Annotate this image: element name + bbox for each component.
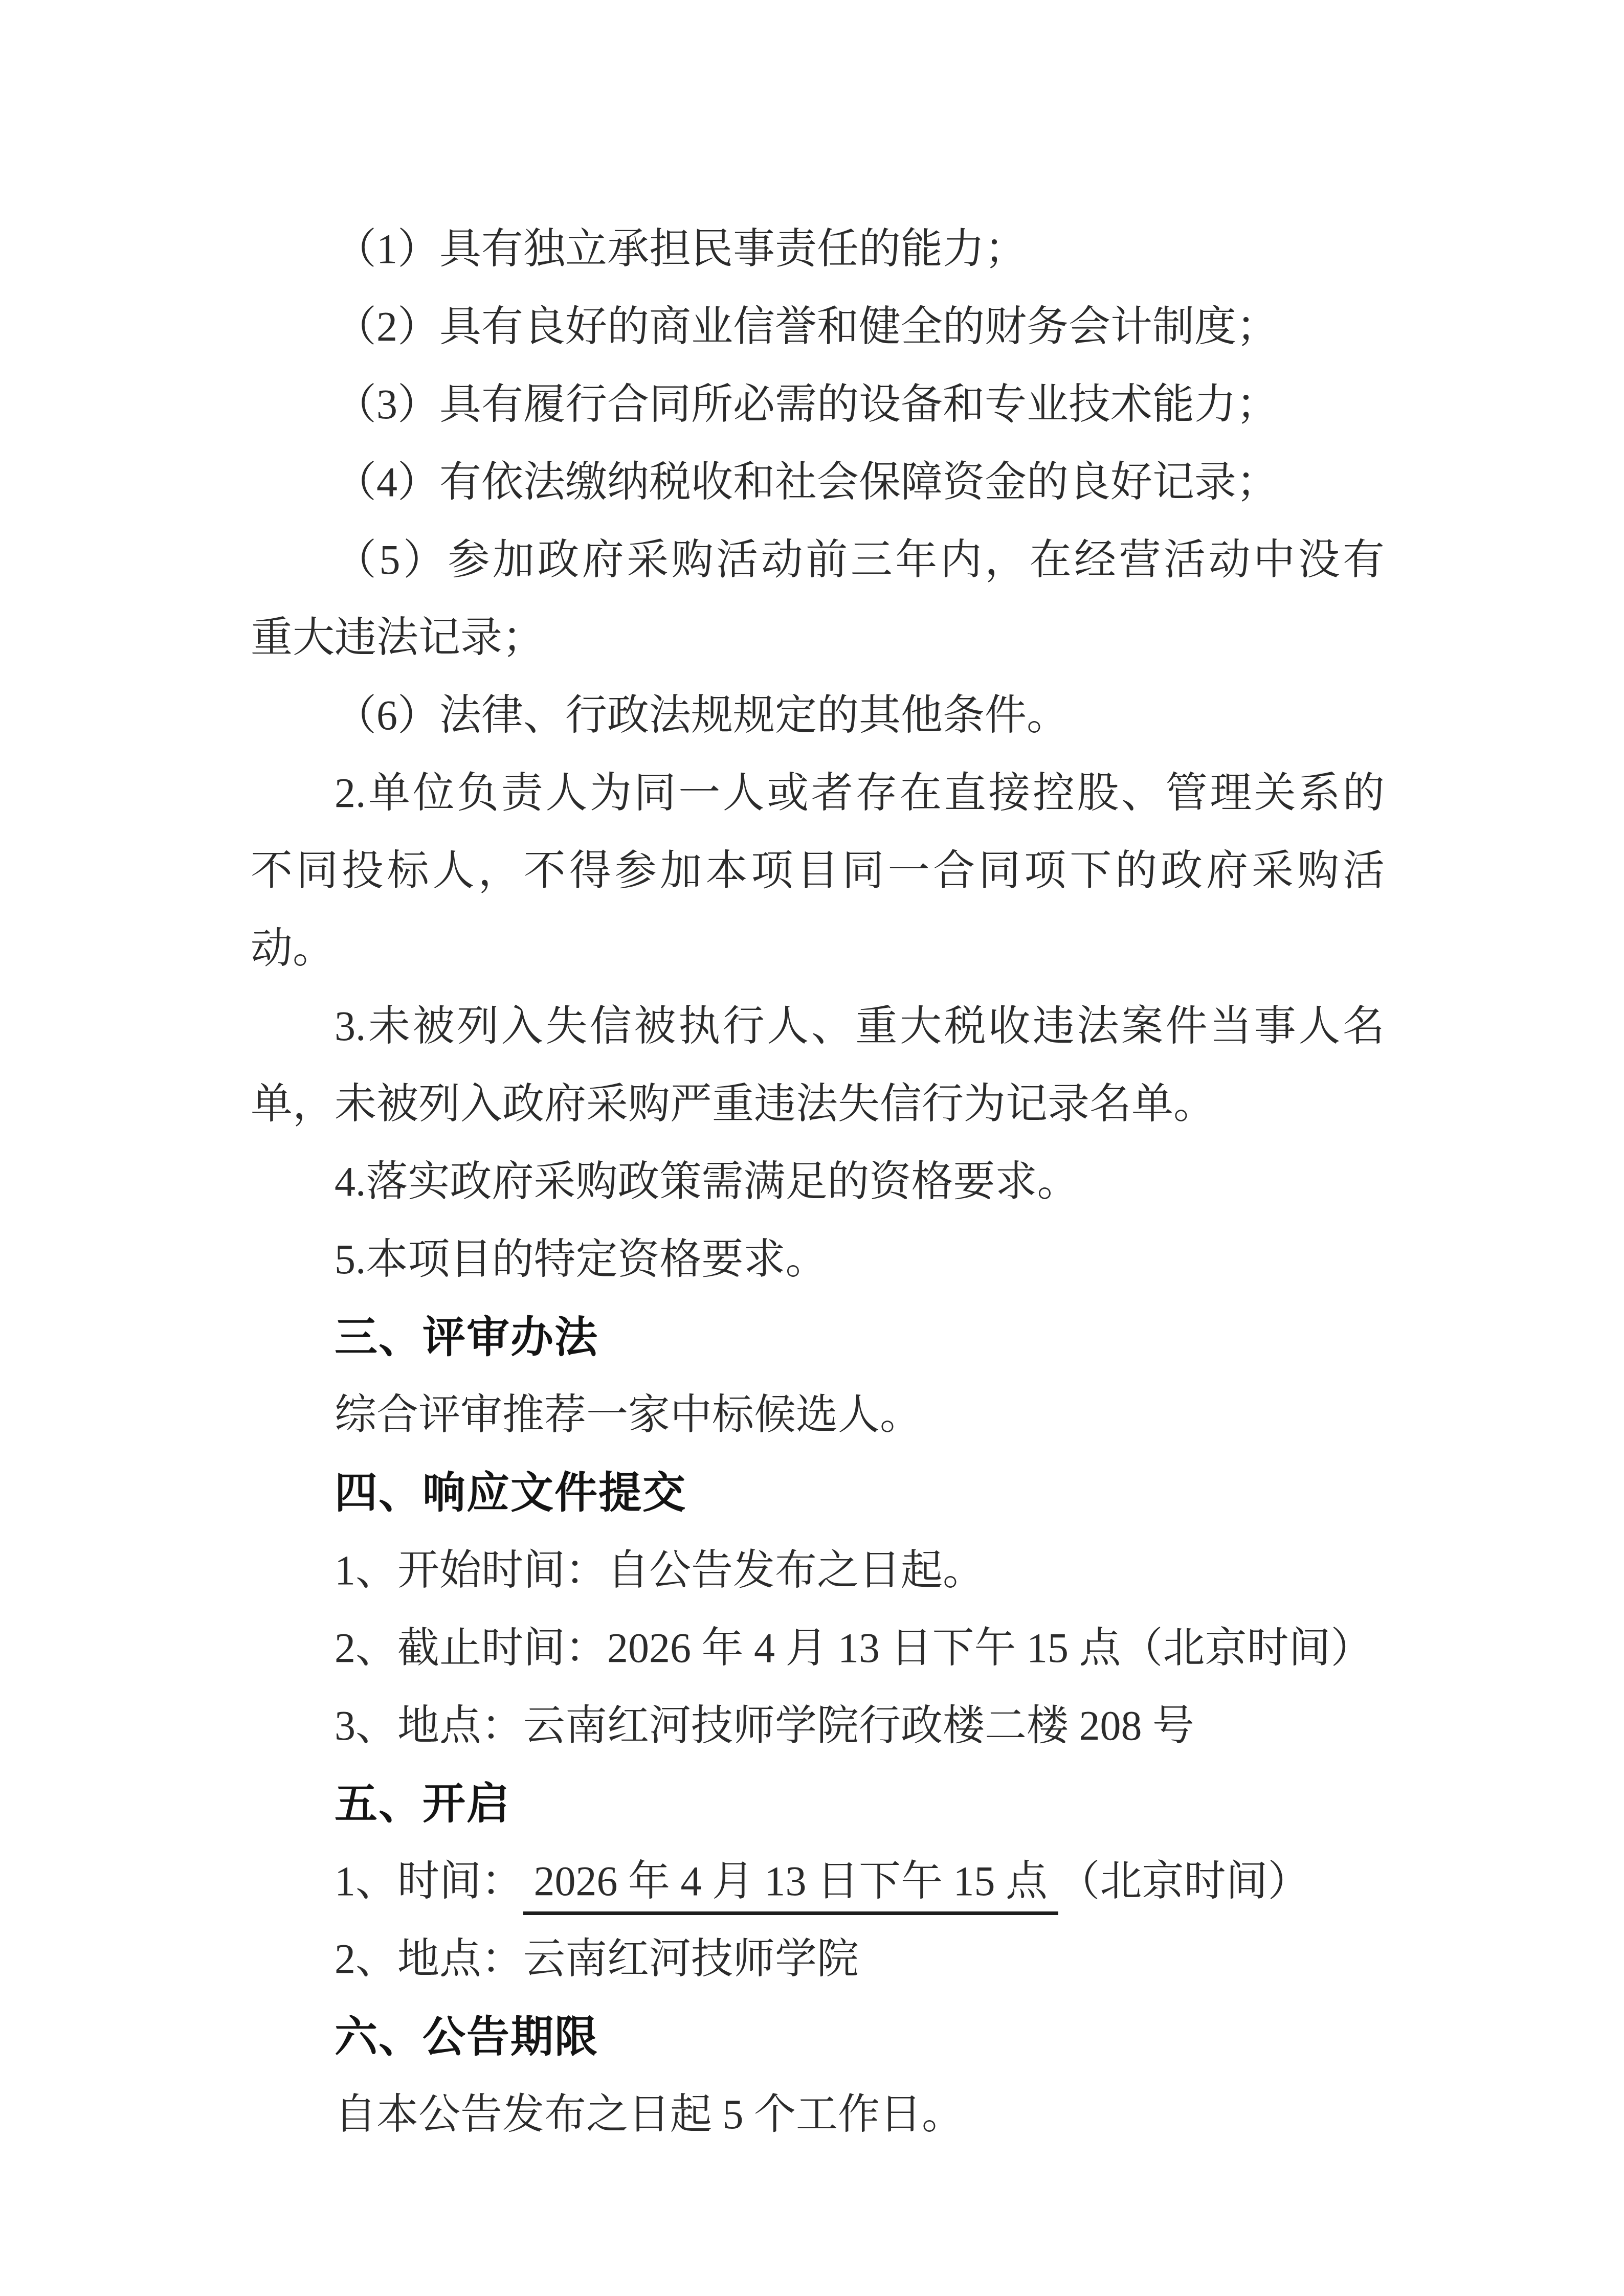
qualification-clause-2: （2）具有良好的商业信誉和健全的财务会计制度； bbox=[251, 288, 1385, 366]
qualification-item-3-line-2: 单，未被列入政府采购严重违法失信行为记录名单。 bbox=[251, 1065, 1385, 1143]
qualification-item-2-line-2: 不同投标人，不得参加本项目同一合同项下的政府采购活 bbox=[251, 832, 1385, 910]
document-page: （1）具有独立承担民事责任的能力；（2）具有良好的商业信誉和健全的财务会计制度；… bbox=[0, 0, 1624, 2296]
section-3-heading: 三、评审办法 bbox=[251, 1298, 1385, 1376]
submission-start-time: 1、开始时间：自公告发布之日起。 bbox=[251, 1532, 1385, 1609]
submission-deadline: 2、截止时间：2026 年 4 月 13 日下午 15 点（北京时间） bbox=[251, 1609, 1385, 1687]
qualification-clause-6: （6）法律、行政法规规定的其他条件。 bbox=[251, 677, 1385, 754]
qualification-item-2-line-1: 2.单位负责人为同一人或者存在直接控股、管理关系的 bbox=[251, 754, 1385, 832]
qualification-clause-4: （4）有依法缴纳税收和社会保障资金的良好记录； bbox=[251, 443, 1385, 521]
section-6-heading: 六、公告期限 bbox=[251, 1998, 1385, 2076]
qualification-item-5: 5.本项目的特定资格要求。 bbox=[251, 1221, 1385, 1298]
submission-location: 3、地点：云南红河技师学院行政楼二楼 208 号 bbox=[251, 1687, 1385, 1765]
qualification-item-2-line-3: 动。 bbox=[251, 910, 1385, 987]
qualification-clause-3: （3）具有履行合同所必需的设备和专业技术能力； bbox=[251, 366, 1385, 443]
text-segment: （北京时间） bbox=[1058, 1858, 1310, 1904]
qualification-clause-5-line-2: 重大违法记录； bbox=[251, 599, 1385, 677]
opening-location: 2、地点：云南红河技师学院 bbox=[251, 1920, 1385, 1998]
document-body: （1）具有独立承担民事责任的能力；（2）具有良好的商业信誉和健全的财务会计制度；… bbox=[251, 210, 1385, 2153]
qualification-clause-1: （1）具有独立承担民事责任的能力； bbox=[251, 210, 1385, 288]
qualification-clause-5-line-1: （5）参加政府采购活动前三年内，在经营活动中没有 bbox=[251, 521, 1385, 599]
section-5-heading: 五、开启 bbox=[251, 1765, 1385, 1842]
section-4-heading: 四、响应文件提交 bbox=[251, 1454, 1385, 1532]
qualification-item-3-line-1: 3.未被列入失信被执行人、重大税收违法案件当事人名 bbox=[251, 987, 1385, 1065]
underlined-text: 2026 年 4 月 13 日下午 15 点 bbox=[523, 1858, 1058, 1915]
evaluation-method: 综合评审推荐一家中标候选人。 bbox=[251, 1376, 1385, 1454]
qualification-item-4: 4.落实政府采购政策需满足的资格要求。 bbox=[251, 1143, 1385, 1221]
opening-time: 1、时间： 2026 年 4 月 13 日下午 15 点 （北京时间） bbox=[251, 1842, 1385, 1920]
text-segment: 1、时间： bbox=[335, 1858, 523, 1904]
announcement-period: 自本公告发布之日起 5 个工作日。 bbox=[251, 2076, 1385, 2153]
